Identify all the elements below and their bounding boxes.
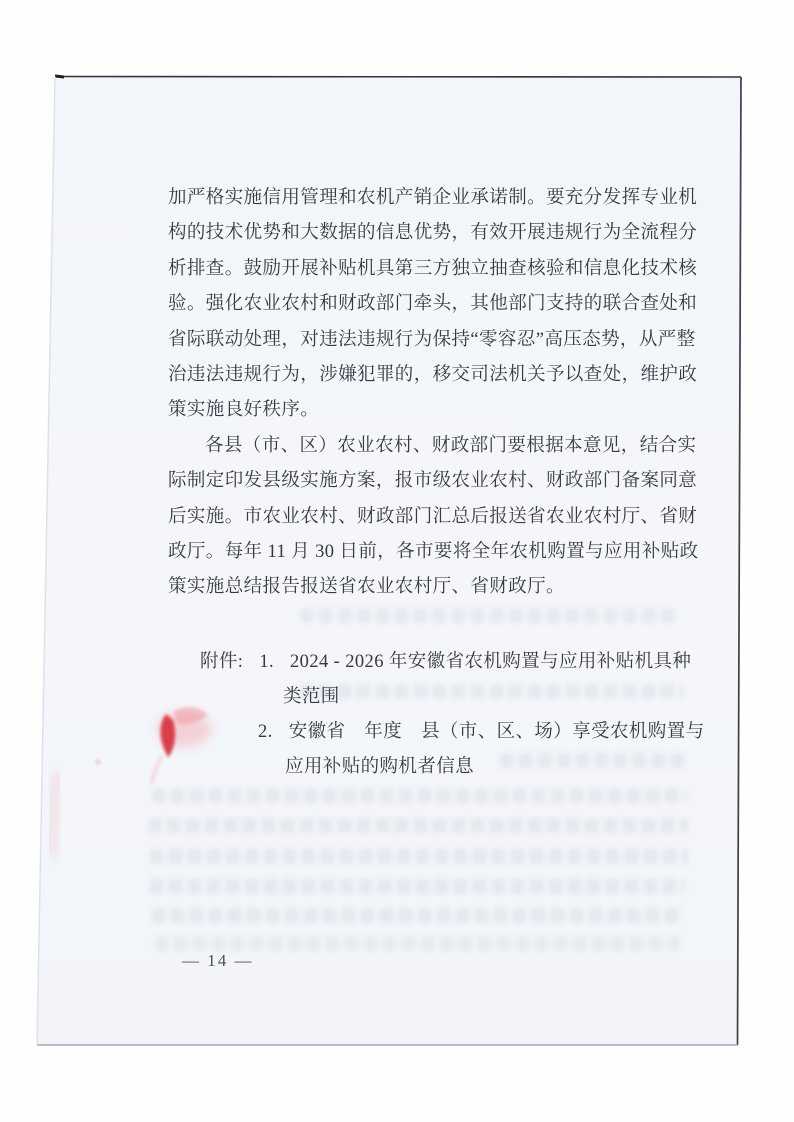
body-text-line: 政厅。每年 11 月 30 日前，各市要将全年农机购置与应用补贴政 — [168, 535, 680, 570]
document-body: 加严格实施信用管理和农机产销企业承诺制。要充分发挥专业机 构的技术优势和大数据的… — [168, 181, 680, 606]
body-text-line: 后实施。市农业农村、财政部门汇总后报送省农业农村厅、省财 — [168, 500, 680, 535]
bleedthrough-line — [148, 818, 688, 833]
bleedthrough-line — [152, 908, 682, 923]
bleedthrough-line — [150, 849, 688, 864]
attachment-list: 附件:1.2024 - 2026 年安徽省农机购置与应用补贴机具种 类范围 2.… — [168, 645, 688, 785]
attachment-item-text: 2024 - 2026 年安徽省农机购置与应用补贴机具种 — [290, 652, 691, 672]
body-text-line: 省际联动处理，对违法违规行为保持“零容忍”高压态势，从严整 — [168, 323, 680, 358]
body-text-line: 验。强化农业农村和财政部门牵头，其他部门支持的联合查处和 — [168, 287, 680, 322]
page-number: — 14 — — [182, 951, 254, 971]
bleedthrough-line — [300, 608, 680, 623]
bleedthrough-line — [150, 879, 685, 894]
attachment-item-text: 安徽省 年度 县（市、区、场）享受农机购置与 — [289, 722, 705, 742]
bleedthrough-line — [152, 788, 687, 803]
attachment-item: 附件:1.2024 - 2026 年安徽省农机购置与应用补贴机具种 — [200, 645, 688, 680]
body-text-line: 策实施总结报告报送省农业农村厅、省财政厅。 — [168, 570, 680, 605]
body-text-line: 析排查。鼓励开展补贴机具第三方独立抽查核验和信息化技术核 — [168, 252, 680, 287]
body-text-line: 策实施良好秩序。 — [168, 393, 680, 428]
body-text-line: 际制定印发县级实施方案，报市级农业农村、财政部门备案同意 — [168, 464, 680, 499]
attachment-item-continuation: 应用补贴的购机者信息 — [285, 750, 688, 785]
bleedthrough-line — [155, 936, 680, 951]
attachment-label: 附件: — [200, 652, 243, 672]
body-text-line: 加严格实施信用管理和农机产销企业承诺制。要充分发挥专业机 — [168, 181, 680, 216]
scanned-document-page: { "page": { "paper_color": "#f3f6fa", "t… — [0, 0, 794, 1122]
body-text-line: 构的技术优势和大数据的信息优势，有效开展违规行为全流程分 — [168, 216, 680, 251]
attachment-item-number: 2. — [258, 722, 273, 742]
body-text-line: 各县（市、区）农业农村、财政部门要根据本意见，结合实 — [168, 429, 680, 464]
attachment-item-text: 应用补贴的购机者信息 — [285, 757, 474, 777]
attachment-item-text: 类范围 — [283, 687, 340, 707]
attachment-item-number: 1. — [259, 652, 274, 672]
body-text-line: 治违法违规行为，涉嫌犯罪的，移交司法机关予以查处，维护政 — [168, 358, 680, 393]
attachment-item-continuation: 类范围 — [283, 680, 688, 715]
attachment-item: 2.安徽省 年度 县（市、区、场）享受农机购置与 — [258, 715, 688, 750]
